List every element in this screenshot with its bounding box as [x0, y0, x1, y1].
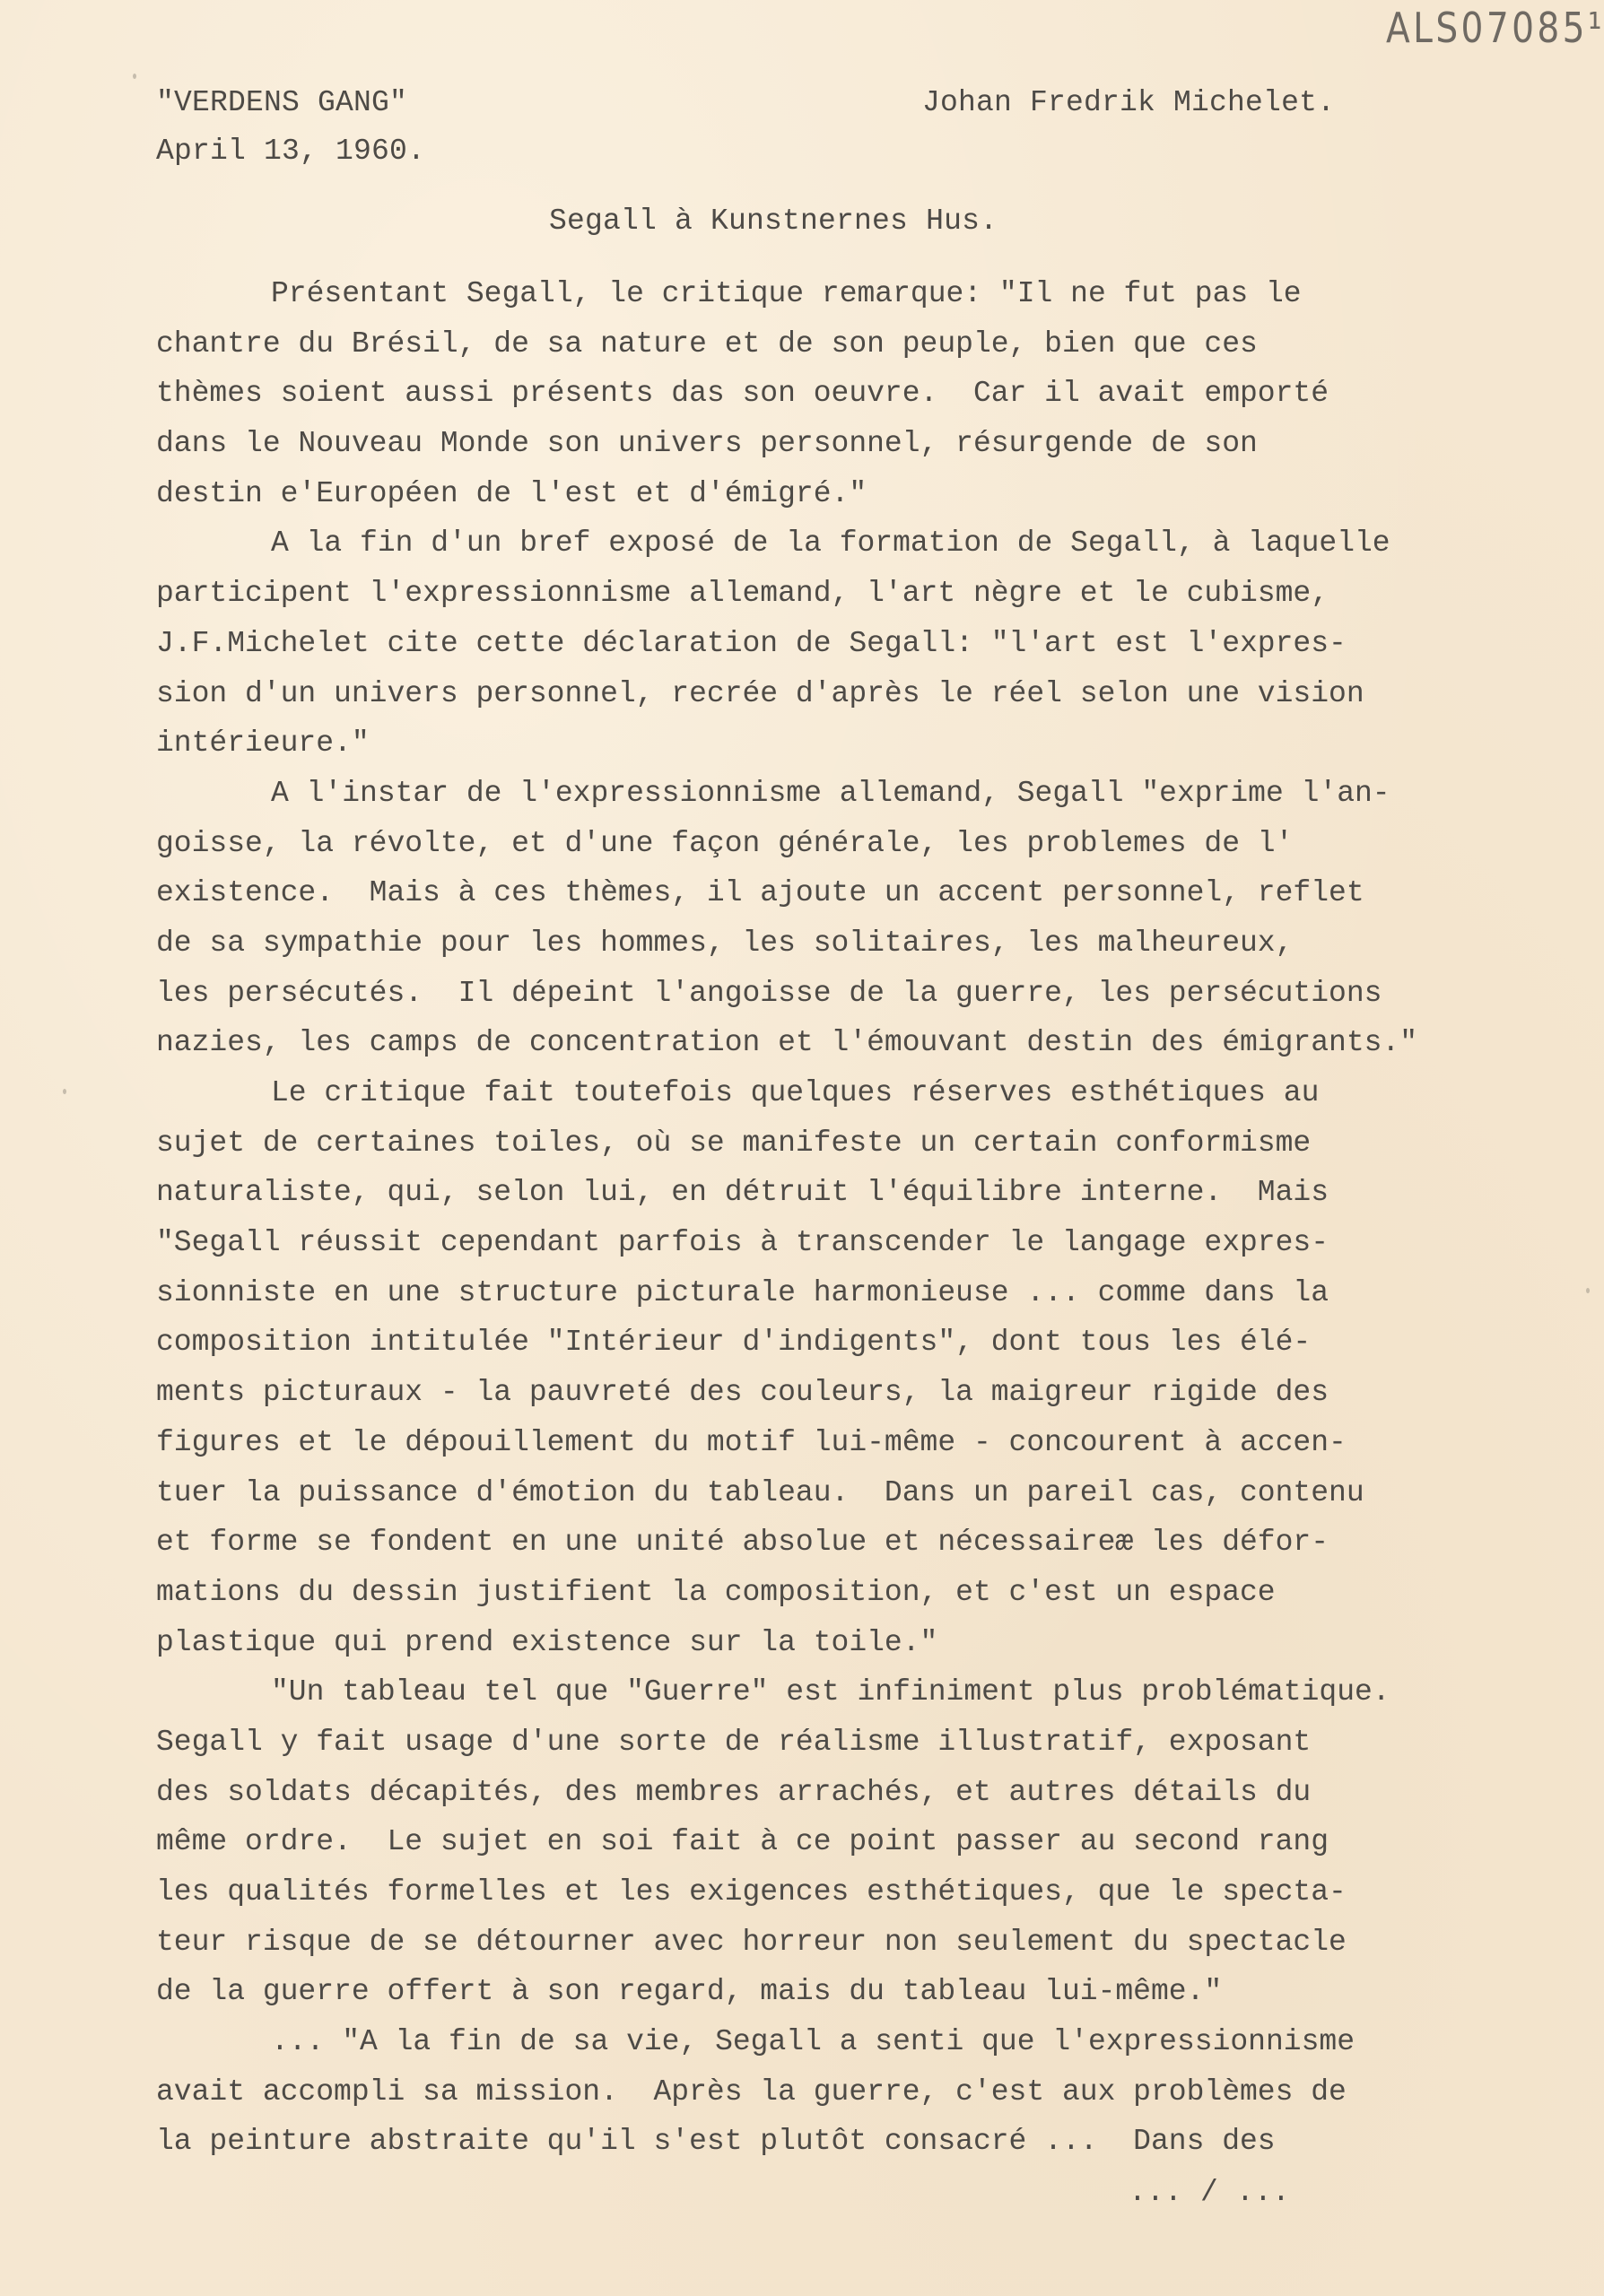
text-line: chantre du Brésil, de sa nature et de so…	[156, 319, 1556, 370]
text-line: J.F.Michelet cite cette déclaration de S…	[156, 619, 1556, 669]
paragraph: A la fin d'un bref exposé de la formatio…	[156, 518, 1556, 768]
paper-speck	[1586, 1288, 1590, 1293]
text-line: Présentant Segall, le critique remarque:…	[156, 269, 1556, 319]
text-line: des soldats décapités, des membres arrac…	[156, 1768, 1556, 1818]
paragraph: ... "A la fin de sa vie, Segall a senti …	[156, 2017, 1556, 2167]
publication-name: "VERDENS GANG"	[156, 86, 407, 119]
text-line: ments picturaux - la pauvreté des couleu…	[156, 1368, 1556, 1418]
text-line: sionniste en une structure picturale har…	[156, 1268, 1556, 1318]
paper-speck	[133, 74, 136, 79]
text-line: participent l'expressionnisme allemand, …	[156, 569, 1556, 619]
text-line: de la guerre offert à son regard, mais d…	[156, 1967, 1556, 2017]
text-line: teur risque de se détourner avec horreur…	[156, 1918, 1556, 1968]
paper-speck	[63, 1089, 66, 1094]
text-line: de sa sympathie pour les hommes, les sol…	[156, 918, 1556, 969]
text-line: avait accompli sa mission. Après la guer…	[156, 2067, 1556, 2118]
text-line: "Segall réussit cependant parfois à tran…	[156, 1218, 1556, 1268]
text-line: ... "A la fin de sa vie, Segall a senti …	[156, 2017, 1556, 2067]
document-body: Présentant Segall, le critique remarque:…	[156, 269, 1556, 2167]
text-line: même ordre. Le sujet en soi fait à ce po…	[156, 1817, 1556, 1867]
text-line: figures et le dépouillement du motif lui…	[156, 1418, 1556, 1468]
text-line: Le critique fait toutefois quelques rése…	[156, 1068, 1556, 1118]
text-line: A la fin d'un bref exposé de la formatio…	[156, 518, 1556, 569]
paragraph: Présentant Segall, le critique remarque:…	[156, 269, 1556, 518]
text-line: goisse, la révolte, et d'une façon génér…	[156, 819, 1556, 869]
text-line: A l'instar de l'expressionnisme allemand…	[156, 769, 1556, 819]
text-line: composition intitulée "Intérieur d'indig…	[156, 1318, 1556, 1368]
text-line: tuer la puissance d'émotion du tableau. …	[156, 1468, 1556, 1518]
text-line: Segall y fait usage d'une sorte de réali…	[156, 1718, 1556, 1768]
text-line: naturaliste, qui, selon lui, en détruit …	[156, 1168, 1556, 1218]
text-line: nazies, les camps de concentration et l'…	[156, 1018, 1556, 1068]
text-line: sujet de certaines toiles, où se manifes…	[156, 1118, 1556, 1169]
text-line: sion d'un univers personnel, recrée d'ap…	[156, 669, 1556, 719]
publication-date: April 13, 1960.	[156, 135, 425, 168]
paragraph: "Un tableau tel que "Guerre" est infinim…	[156, 1667, 1556, 2017]
text-line: thèmes soient aussi présents das son oeu…	[156, 369, 1556, 419]
document-page: ALS07085¹/₂ "VERDENS GANG" April 13, 196…	[0, 0, 1604, 2296]
paragraph: Le critique fait toutefois quelques rése…	[156, 1068, 1556, 1667]
text-line: les persécutés. Il dépeint l'angoisse de…	[156, 969, 1556, 1019]
author-name: Johan Fredrik Michelet.	[922, 86, 1335, 119]
text-line: "Un tableau tel que "Guerre" est infinim…	[156, 1667, 1556, 1718]
text-line: la peinture abstraite qu'il s'est plutôt…	[156, 2117, 1556, 2167]
text-line: et forme se fondent en une unité absolue…	[156, 1518, 1556, 1568]
text-line: dans le Nouveau Monde son univers person…	[156, 419, 1556, 469]
text-line: existence. Mais à ces thèmes, il ajoute …	[156, 868, 1556, 918]
text-line: destin e'Européen de l'est et d'émigré."	[156, 469, 1556, 519]
archive-id-handwritten: ALS07085¹/₂	[1386, 4, 1604, 52]
continuation-marker: ... / ...	[1129, 2176, 1290, 2209]
text-line: les qualités formelles et les exigences …	[156, 1867, 1556, 1918]
text-line: plastique qui prend existence sur la toi…	[156, 1618, 1556, 1668]
document-title: Segall à Kunstnernes Hus.	[549, 204, 998, 238]
text-line: intérieure."	[156, 718, 1556, 769]
paragraph: A l'instar de l'expressionnisme allemand…	[156, 769, 1556, 1068]
text-line: mations du dessin justifient la composit…	[156, 1568, 1556, 1618]
